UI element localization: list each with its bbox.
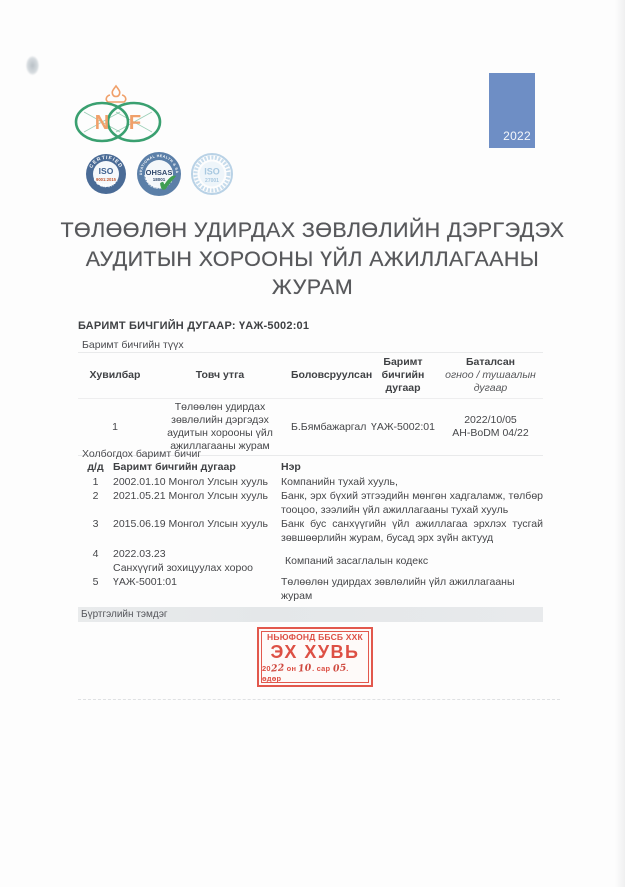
svg-text:27001: 27001: [205, 178, 219, 184]
logo-letter-f: F: [129, 112, 141, 134]
stamp-inner-border: НЬЮФОНД ББСБ ХХК ЭХ ХУВЬ 2022 он 10. сар…: [261, 631, 369, 683]
related-row: 1 2002.01.10 Монгол Улсын хууль Компаний…: [78, 476, 543, 490]
svg-text:9001:2015: 9001:2015: [96, 177, 117, 182]
certification-badges: CERTIFIED COMPANY ISO 9001:2015 OCCUPATI…: [84, 150, 234, 198]
history-table-caption: Баримт бичгийн түүх: [82, 339, 184, 351]
history-cell-docno: ҮАЖ-5002:01: [368, 419, 438, 436]
history-header-docno: Баримт бичгийн дугаар: [368, 354, 438, 397]
svg-text:ISO: ISO: [99, 166, 114, 176]
scanned-document-page: N F CERTIFIED COMPANY ISO 9001:2015: [0, 0, 625, 887]
document-title: ТӨЛӨӨЛӨН УДИРДАХ ЗӨВЛӨЛИЙН ДЭРГЭДЭХ АУДИ…: [58, 216, 567, 302]
history-cell-approved: 2022/10/05 AH-BoDM 04/22: [438, 412, 543, 442]
related-table-caption: Холбогдох баримт бичиг: [82, 448, 201, 460]
related-header-no: д/д: [78, 461, 113, 475]
document-number: БАРИМТ БИЧГИЙН ДУГААР: ҮАЖ-5002:01: [78, 320, 309, 332]
related-header-name: Нэр: [281, 461, 543, 475]
stamp-title: ЭХ ХУВЬ: [270, 643, 359, 662]
scan-smudge-mark: [26, 56, 39, 75]
related-header-row: д/д Баримт бичгийн дугаар Нэр: [78, 461, 543, 475]
history-header-summary: Товч утга: [152, 367, 288, 384]
title-line-1: ТӨЛӨӨЛӨН УДИРДАХ ЗӨВЛӨЛИЙН ДЭРГЭДЭХ: [58, 216, 567, 245]
history-cell-developed: Б.Бямбажаргал: [288, 419, 368, 436]
history-header-version: Хувилбар: [78, 367, 152, 384]
section-bottom-rule: [78, 699, 560, 700]
handwritten-month: 10: [298, 662, 313, 674]
related-row: 2 2021.05.21 Монгол Улсын хууль Банк, эр…: [78, 490, 543, 517]
year-label: 2022: [503, 129, 531, 143]
title-line-2: АУДИТЫН ХОРООНЫ ҮЙЛ АЖИЛЛАГААНЫ: [58, 245, 567, 274]
logo-letter-n: N: [95, 112, 109, 134]
stamp-date-line: 2022 он 10. сар 05. өдөр: [262, 663, 368, 683]
scan-edge-shadow: [615, 0, 625, 887]
iso-9001-badge-icon: CERTIFIED COMPANY ISO 9001:2015: [84, 152, 128, 196]
registration-label: Бүртгэлийн тэмдэг: [81, 609, 168, 620]
history-header-row: Хувилбар Товч утга Боловсруулсан Баримт …: [78, 353, 543, 399]
svg-text:ISO: ISO: [204, 167, 220, 177]
related-row: 4 2022.03.23 Санхүүгий зохицуулах хороо …: [78, 548, 543, 575]
related-documents-table: д/д Баримт бичгийн дугаар Нэр 1 2002.01.…: [78, 461, 543, 604]
history-header-approved: Баталсан огноо / тушаалын дугаар: [438, 354, 543, 397]
original-copy-stamp: НЬЮФОНД ББСБ ХХК ЭХ ХУВЬ 2022 он 10. сар…: [257, 627, 373, 687]
history-row: 1 Төлөөлөн удирдах зөвлөлийн дэргэдэх ау…: [78, 399, 543, 455]
document-history-table: Хувилбар Товч утга Боловсруулсан Баримт …: [78, 352, 543, 456]
history-cell-summary: Төлөөлөн удирдах зөвлөлийн дэргэдэх ауди…: [152, 399, 288, 455]
stamp-company-name: НЬЮФОНД ББСБ ХХК: [267, 632, 363, 642]
ohsas-18001-badge-icon: OCCUPATIONAL HEALTH & SAFETY MANAGEMENT …: [135, 150, 183, 198]
title-line-3: ЖУРАМ: [58, 273, 567, 302]
related-row: 5 ҮАЖ-5001:01 Төлөөлөн удирдах зөвлөлийн…: [78, 576, 543, 603]
registration-section-header: Бүртгэлийн тэмдэг: [78, 607, 543, 622]
handwritten-day: 05: [332, 662, 347, 674]
history-header-developed: Боловсруулсан: [288, 367, 368, 384]
iso-27001-badge-icon: ISO 27001: [190, 152, 234, 196]
newfund-logo-icon: N F: [72, 82, 164, 144]
year-tab: 2022: [489, 73, 535, 148]
history-cell-version: 1: [78, 419, 152, 436]
handwritten-year: 22: [270, 662, 285, 674]
related-row: 3 2015.06.19 Монгол Улсын хууль Банк бус…: [78, 518, 543, 545]
green-check-icon: ✔: [157, 168, 179, 198]
related-header-doc: Баримт бичгийн дугаар: [113, 461, 281, 475]
